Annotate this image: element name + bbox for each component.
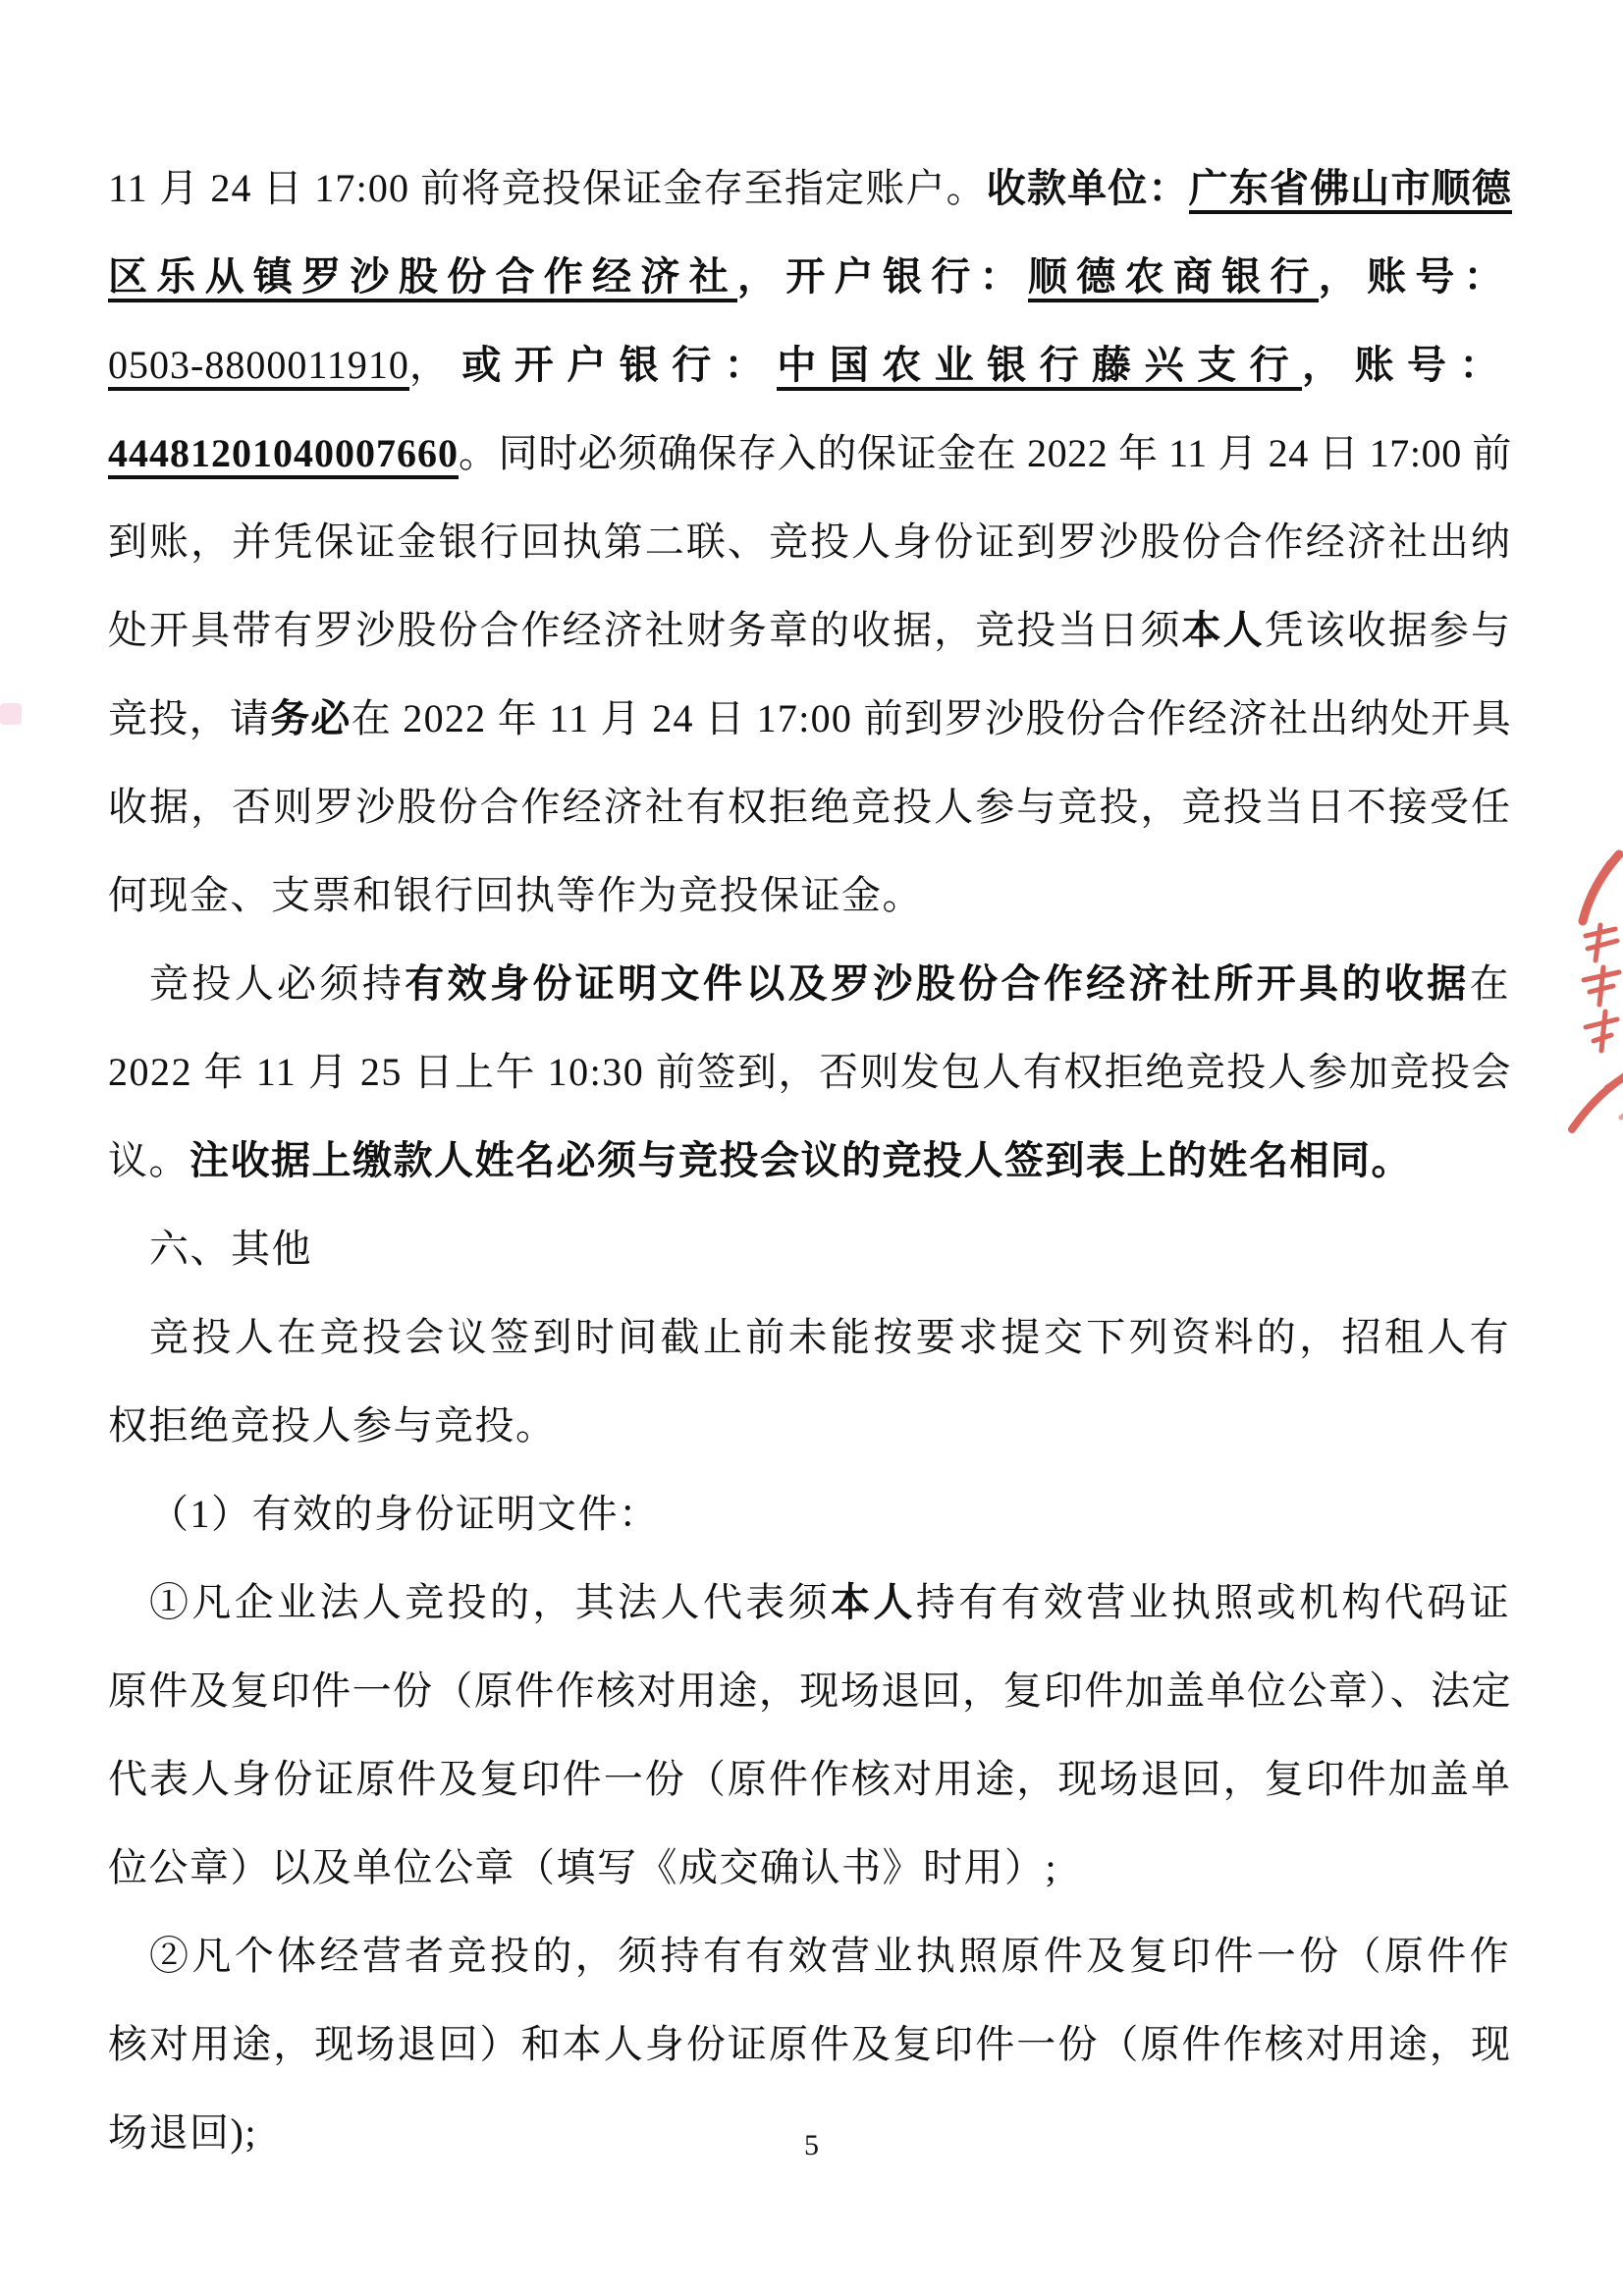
text-line: 核对用途，现场退回）和本人身份证原件及复印件一份（原件作核对用途，现 [108,2000,1512,2089]
text-segment: 。同时必须确保存入的保证金在 2022 年 11 月 24 日 17:00 前 [459,431,1512,475]
text-line: 到账，并凭保证金银行回执第二联、竞投人身份证到罗沙股份合作经济社出纳 [108,498,1512,586]
text-line: 议。注收据上缴款人姓名必须与竞投会议的竞投人签到表上的姓名相同。 [108,1117,1512,1205]
text-segment: 区乐从镇罗沙股份合作经济社 [108,254,737,302]
text-line: （1）有效的身份证明文件： [108,1470,1512,1558]
pink-ink-smudge [0,703,22,725]
text-line: 处开具带有罗沙股份合作经济社财务章的收据，竞投当日须本人凭该收据参与 [108,586,1512,675]
text-segment: ， [1319,254,1367,299]
text-line: 竞投人在竞投会议签到时间截止前未能按要求提交下列资料的，招租人有 [108,1293,1512,1382]
text-segment: 中国农业银行藤兴支行 [777,343,1302,391]
text-segment: 竞投，请 [108,696,270,740]
text-line: 权拒绝竞投人参与竞投。 [108,1382,1512,1470]
text-segment: 竞投人在竞投会议签到时间截止前未能按要求提交下列资料的，招租人有 [149,1315,1512,1359]
text-segment: 在 [1470,961,1512,1006]
document-body: 11 月 24 日 17:00 前将竞投保证金存至指定账户。收款单位：广东省佛山… [108,144,1512,2177]
text-line: ①凡企业法人竞投的，其法人代表须本人持有有效营业执照或机构代码证 [108,1558,1512,1647]
text-line: 竞投，请务必在 2022 年 11 月 24 日 17:00 前到罗沙股份合作经… [108,675,1512,763]
text-segment: 11 月 24 日 17:00 前将竞投保证金存至指定账户。 [108,166,987,210]
text-segment: 位公章）以及单位公章（填写《成交确认书》时用）; [108,1845,1057,1889]
text-line: 收据，否则罗沙股份合作经济社有权拒绝竞投人参与竞投，竞投当日不接受任 [108,763,1512,851]
text-line: 竞投人必须持有效身份证明文件以及罗沙股份合作经济社所开具的收据在 [108,940,1512,1028]
text-segment: 竞投人必须持 [149,961,405,1006]
text-line: 44481201040007660。同时必须确保存入的保证金在 2022 年 1… [108,410,1512,498]
text-segment: 账号： [1355,343,1512,387]
text-segment: 原件及复印件一份（原件作核对用途，现场退回，复印件加盖单位公章）、法定 [108,1668,1512,1713]
text-segment: 到账，并凭保证金银行回执第二联、竞投人身份证到罗沙股份合作经济社出纳 [108,519,1512,564]
text-segment: 处开具带有罗沙股份合作经济社财务章的收据，竞投当日须 [108,608,1182,652]
text-segment: 本人 [1182,608,1265,652]
text-line: 位公章）以及单位公章（填写《成交确认书》时用）; [108,1824,1512,1912]
text-line: 何现金、支票和银行回执等作为竞投保证金。 [108,851,1512,940]
text-segment: 44481201040007660 [108,431,459,479]
text-line: ②凡个体经营者竞投的，须持有有效营业执照原件及复印件一份（原件作 [108,1912,1512,2000]
text-segment: 注收据上缴款人姓名必须与竞投会议的竞投人签到表上的姓名相同。 [189,1138,1412,1182]
text-line: 六、其他 [108,1205,1512,1293]
text-segment: 何现金、支票和银行回执等作为竞投保证金。 [108,873,923,917]
text-segment: ②凡个体经营者竞投的，须持有有效营业执照原件及复印件一份（原件作 [149,1934,1512,1978]
text-segment: 2022 年 11 月 25 日上午 10:30 前签到，否则发包人有权拒绝竞投… [108,1050,1512,1094]
text-segment: ， [1302,343,1354,387]
text-segment: 持有有效营业执照或机构代码证 [916,1580,1512,1624]
text-segment: 顺德农商银行 [1028,254,1319,302]
text-segment: 代表人身份证原件及复印件一份（原件作核对用途，现场退回，复印件加盖单 [108,1757,1512,1801]
text-segment: ①凡企业法人竞投的，其法人代表须 [149,1580,831,1624]
text-segment: 有效身份证明文件以及罗沙股份合作经济社所开具的收据 [405,961,1469,1006]
text-segment: 本人 [831,1580,916,1624]
text-line: 原件及复印件一份（原件作核对用途，现场退回，复印件加盖单位公章）、法定 [108,1647,1512,1735]
text-segment: 广东省佛山市顺德 [1189,166,1512,214]
text-segment: 或开户银行： [461,343,777,387]
text-line: 2022 年 11 月 25 日上午 10:30 前签到，否则发包人有权拒绝竞投… [108,1028,1512,1117]
text-line: 11 月 24 日 17:00 前将竞投保证金存至指定账户。收款单位：广东省佛山… [108,144,1512,233]
text-segment: 凭该收据参与 [1265,608,1512,652]
text-line: 代表人身份证原件及复印件一份（原件作核对用途，现场退回，复印件加盖单 [108,1735,1512,1824]
text-segment: 0503-8800011910 [108,343,409,391]
text-segment: 议。 [108,1138,189,1182]
page-number: 5 [0,2129,1623,2162]
red-seal-stamp [1566,843,1623,1157]
text-segment: ， [409,343,461,387]
text-segment: 收据，否则罗沙股份合作经济社有权拒绝竞投人参与竞投，竞投当日不接受任 [108,785,1512,829]
text-segment: 务必 [270,696,352,740]
text-segment: 收款单位： [987,166,1189,210]
document-page: 11 月 24 日 17:00 前将竞投保证金存至指定账户。收款单位：广东省佛山… [0,0,1623,2296]
text-segment: 权拒绝竞投人参与竞投。 [108,1403,557,1448]
text-segment: 核对用途，现场退回）和本人身份证原件及复印件一份（原件作核对用途，现 [108,2022,1512,2066]
text-segment: 六、其他 [149,1227,312,1271]
text-segment: 在 2022 年 11 月 24 日 17:00 前到罗沙股份合作经济社出纳处开… [352,696,1512,740]
text-line: 区乐从镇罗沙股份合作经济社，开户银行：顺德农商银行，账号： [108,233,1512,321]
text-segment: （1）有效的身份证明文件： [149,1492,660,1536]
text-line: 0503-8800011910，或开户银行：中国农业银行藤兴支行，账号： [108,321,1512,410]
text-segment: ， [737,254,785,299]
text-segment: 账号： [1367,254,1512,299]
text-segment: 开户银行： [785,254,1028,299]
